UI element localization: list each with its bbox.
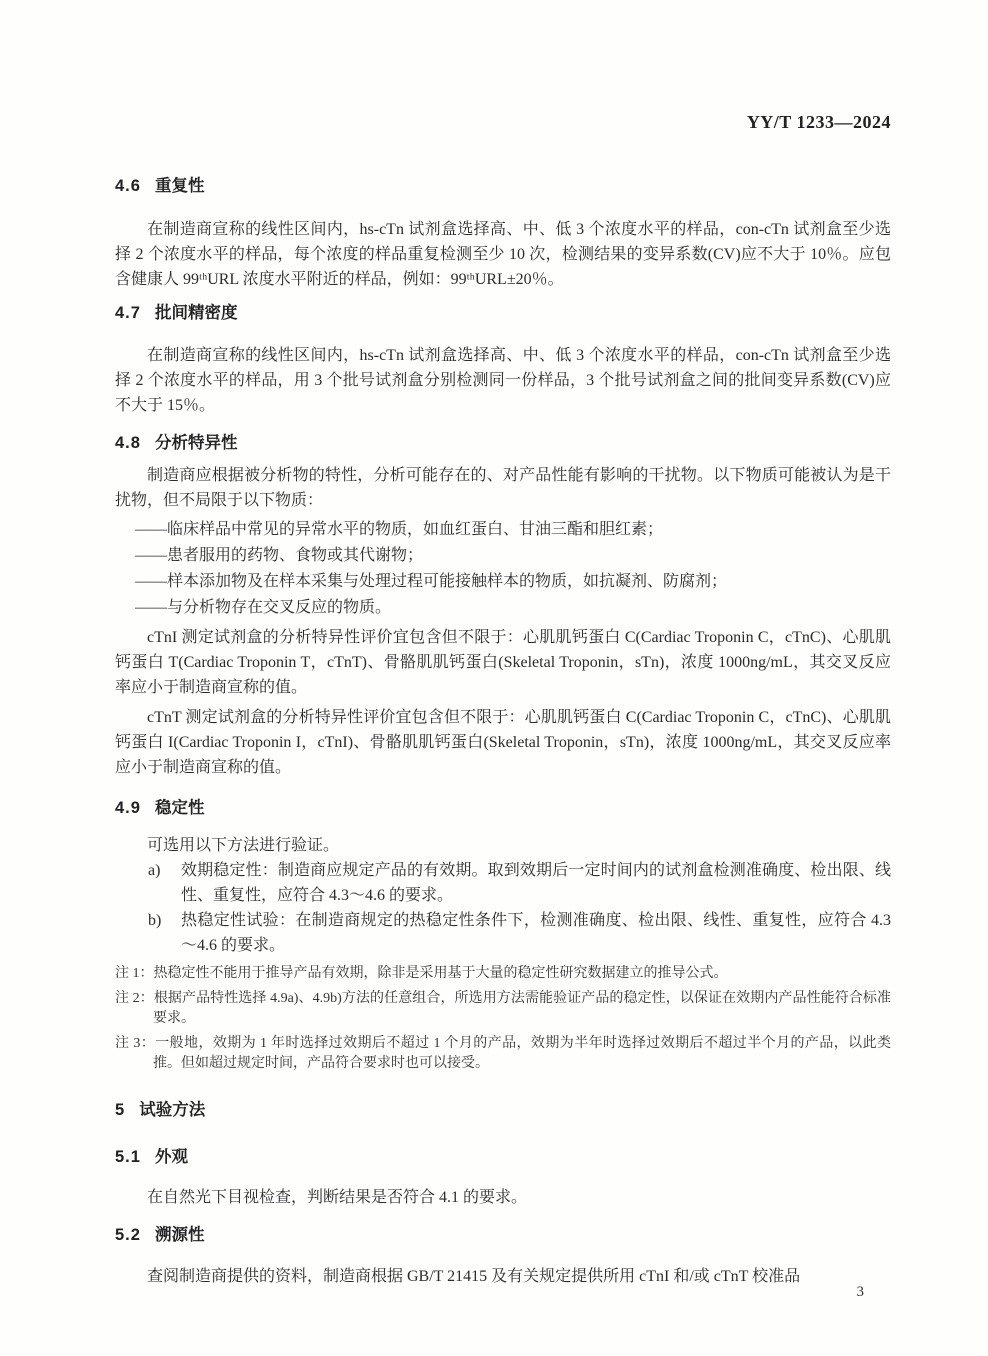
page-number: 3 — [857, 1284, 865, 1301]
section-number: 4.8 — [115, 433, 141, 453]
section-number: 4.9 — [115, 798, 141, 818]
section-heading-4-8: 4.8分析特异性 — [115, 433, 891, 453]
section-number: 5.1 — [115, 1147, 141, 1167]
section-title: 分析特异性 — [155, 434, 238, 452]
list-item-a: a) 效期稳定性：制造商应规定产品的有效期。取到效期后一定时间内的试剂盒检测准确… — [115, 858, 891, 908]
chapter-title: 试验方法 — [139, 1101, 205, 1119]
list-item-label: b) — [148, 908, 161, 933]
list-item-text: 效期稳定性：制造商应规定产品的有效期。取到效期后一定时间内的试剂盒检测准确度、检… — [181, 862, 891, 904]
chapter-number: 5 — [115, 1100, 125, 1120]
dash-list-item: ——患者服用的药物、食物或其代谢物； — [135, 543, 891, 569]
paragraph-stability-intro: 可选用以下方法进行验证。 — [115, 833, 891, 858]
section-number: 4.7 — [115, 303, 141, 323]
paragraph-lot-precision: 在制造商宣称的线性区间内，hs-cTn 试剂盒选择高、中、低 3 个浓度水平的样… — [115, 343, 891, 418]
section-title: 稳定性 — [155, 799, 205, 817]
paragraph-ctni-specificity: cTnI 测定试剂盒的分析特异性评价宜包含但不限于：心肌肌钙蛋白 C(Cardi… — [115, 625, 891, 700]
note-3: 注 3：一般地，效期为 1 年时选择过效期后不超过 1 个月的产品，效期为半年时… — [115, 1034, 891, 1074]
list-item-text: 热稳定性试验：在制造商规定的热稳定性条件下，检测准确度、检出限、线性、重复性，应… — [181, 912, 891, 954]
note-text: 根据产品特性选择 4.9a)、4.9b)方法的任意组合，所选用方法需能验证产品的… — [153, 991, 891, 1026]
paragraph-specificity-intro: 制造商应根据被分析物的特性，分析可能存在的、对产品性能有影响的干扰物。以下物质可… — [115, 463, 891, 513]
section-title: 外观 — [155, 1148, 188, 1166]
section-number: 4.6 — [115, 176, 141, 196]
section-heading-5-2: 5.2溯源性 — [115, 1225, 891, 1245]
section-number: 5.2 — [115, 1225, 141, 1245]
dash-list-item: ——样本添加物及在样本采集与处理过程可能接触样本的物质，如抗凝剂、防腐剂； — [135, 569, 891, 595]
note-text: 热稳定性不能用于推导产品有效期，除非是采用基于大量的稳定性研究数据建立的推导公式… — [154, 966, 728, 981]
standard-code-header: YY/T 1233—2024 — [115, 112, 891, 132]
note-label: 注 1： — [115, 966, 154, 981]
note-label: 注 3： — [115, 1036, 155, 1051]
section-title: 溯源性 — [155, 1226, 205, 1244]
section-heading-4-9: 4.9稳定性 — [115, 798, 891, 818]
document-page: YY/T 1233—2024 4.6重复性 在制造商宣称的线性区间内，hs-cT… — [0, 0, 988, 1356]
list-item-b: b) 热稳定性试验：在制造商规定的热稳定性条件下，检测准确度、检出限、线性、重复… — [115, 908, 891, 958]
section-heading-5-1: 5.1外观 — [115, 1147, 891, 1167]
paragraph-repeatability: 在制造商宣称的线性区间内，hs-cTn 试剂盒选择高、中、低 3 个浓度水平的样… — [115, 217, 891, 292]
paragraph-traceability-test: 查阅制造商提供的资料，制造商根据 GB/T 21415 及有关规定提供所用 cT… — [115, 1264, 891, 1289]
dash-list-item: ——临床样品中常见的异常水平的物质，如血红蛋白、甘油三酯和胆红素； — [135, 517, 891, 543]
page-content: YY/T 1233—2024 4.6重复性 在制造商宣称的线性区间内，hs-cT… — [115, 112, 891, 1289]
note-text: 一般地，效期为 1 年时选择过效期后不超过 1 个月的产品，效期为半年时选择过效… — [153, 1036, 891, 1071]
list-item-label: a) — [148, 858, 160, 883]
note-label: 注 2： — [115, 991, 154, 1006]
paragraph-appearance-test: 在自然光下目视检查，判断结果是否符合 4.1 的要求。 — [115, 1185, 891, 1210]
note-1: 注 1：热稳定性不能用于推导产品有效期，除非是采用基于大量的稳定性研究数据建立的… — [115, 964, 891, 984]
section-title: 批间精密度 — [155, 304, 238, 322]
section-heading-4-6: 4.6重复性 — [115, 176, 891, 196]
paragraph-ctnt-specificity: cTnT 测定试剂盒的分析特异性评价宜包含但不限于：心肌肌钙蛋白 C(Cardi… — [115, 705, 891, 780]
section-heading-4-7: 4.7批间精密度 — [115, 303, 891, 323]
interferent-list: ——临床样品中常见的异常水平的物质，如血红蛋白、甘油三酯和胆红素； ——患者服用… — [115, 517, 891, 621]
section-title: 重复性 — [155, 177, 205, 195]
note-2: 注 2：根据产品特性选择 4.9a)、4.9b)方法的任意组合，所选用方法需能验… — [115, 989, 891, 1029]
dash-list-item: ——与分析物存在交叉反应的物质。 — [135, 595, 891, 621]
chapter-heading-5: 5试验方法 — [115, 1100, 891, 1120]
